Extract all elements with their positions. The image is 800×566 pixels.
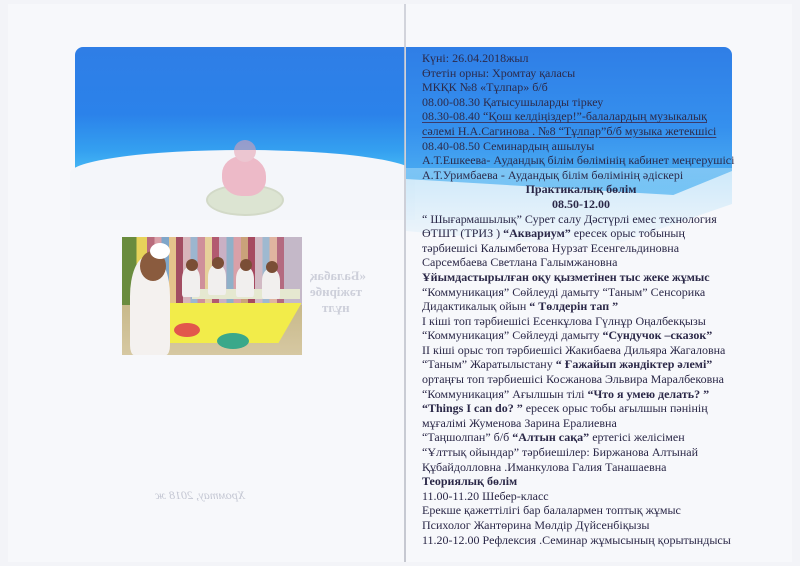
schedule-line: сәлемі Н.А.Сагинова . №8 “Тұлпар”б/б муз… <box>422 124 740 139</box>
program-line: ӨТШТ (ТРИЗ ) “Аквариум” ересек орыс тобы… <box>422 226 740 241</box>
program-line: “Таңшолпан” б/б “Алтын сақа” ертегісі же… <box>422 430 740 445</box>
program-line: І кіші топ тәрбиешісі Есенкұлова Гүлнұр … <box>422 314 740 329</box>
program-line: Сарсембаева Светлана Галымжановна <box>422 255 740 270</box>
schedule-line: 08.40-08.50 Семинардың ашылуы <box>422 139 740 154</box>
theory-line: Психолог Жантөрина Мөлдір Дүйсенбіқызы <box>422 518 740 533</box>
classroom-photo <box>122 237 302 355</box>
venue-line: Өтетін орны: Хромтау қаласы <box>422 66 740 81</box>
program-line: “Things I can do? ” ересек орыс тобы ағы… <box>422 401 740 416</box>
kindergarten-logo <box>200 138 284 216</box>
practical-items: “ Шығармашылық” Сурет салу Дәстүрлі емес… <box>422 212 740 475</box>
show-through-text: «Балабақ <box>310 268 366 284</box>
show-through-text: тәжірибе <box>310 284 362 300</box>
date-line: Күні: 26.04.2018жыл <box>422 51 740 66</box>
program-line: Құбайдолловна .Иманкулова Галия Танашаев… <box>422 460 740 475</box>
program-line: “Ұлттық ойындар” тәрбиешілер: Биржанова … <box>422 445 740 460</box>
speaker-line: А.Т.Уримбаева - Аудандық білім бөлімінің… <box>422 168 740 183</box>
program-content: Күні: 26.04.2018жыл Өтетін орны: Хромтау… <box>422 51 740 547</box>
program-line: “Таным” Жаратылыстану “ Ғажайып жәндікте… <box>422 357 740 372</box>
section-title-theory: Теориялық бөлім <box>422 474 740 489</box>
program-line: Ұйымдастырылған оқу қызметінен тыс жеке … <box>422 270 740 285</box>
program-line: “ Шығармашылық” Сурет салу Дәстүрлі емес… <box>422 212 740 227</box>
program-line: ІІ кіші орыс топ тәрбиешісі Жакибаева Ди… <box>422 343 740 358</box>
program-line: мұғалімі Жуменова Зарина Ералиевна <box>422 416 740 431</box>
section-time-practical: 08.50-12.00 <box>422 197 740 212</box>
left-page: «Балабақ тәжірибе нұлт Хромтау, 2018 ж <box>0 0 404 566</box>
page-fold <box>404 4 406 562</box>
program-line: “Коммуникация” Ағылшын тілі “Что я умею … <box>422 387 740 402</box>
theory-line: 11.00-11.20 Шебер-класс <box>422 489 740 504</box>
theory-line: Ерекше қажеттілігі бар балалармен топтық… <box>422 503 740 518</box>
institution-line: МКҚК №8 «Тұлпар» б/б <box>422 80 740 95</box>
program-line: Дидактикалық ойын “ Төлдерін тап ” <box>422 299 740 314</box>
schedule-line: 08.00-08.30 Қатысушыларды тіркеу <box>422 95 740 110</box>
section-title-practical: Практикалық бөлім <box>422 182 740 197</box>
program-line: тәрбиешісі Калымбетова Нурзат Есенгельди… <box>422 241 740 256</box>
footer-show-through: Хромтау, 2018 ж <box>155 488 245 503</box>
theory-line: 11.20-12.00 Рефлексия .Семинар жұмысының… <box>422 533 740 548</box>
speaker-line: А.Т.Ешкеева- Аудандық білім бөлімінің ка… <box>422 153 740 168</box>
schedule-line: 08.30-08.40 “Қош келдіңіздер!”-балаларды… <box>422 109 740 124</box>
program-line: “Коммуникация” Сөйлеуді дамыту “Сундучок… <box>422 328 740 343</box>
program-line: “Коммуникация” Сөйлеуді дамыту “Таным” С… <box>422 285 740 300</box>
program-line: ортаңғы топ тәрбиешісі Косжанова Эльвира… <box>422 372 740 387</box>
show-through-text: нұлт <box>322 300 350 316</box>
